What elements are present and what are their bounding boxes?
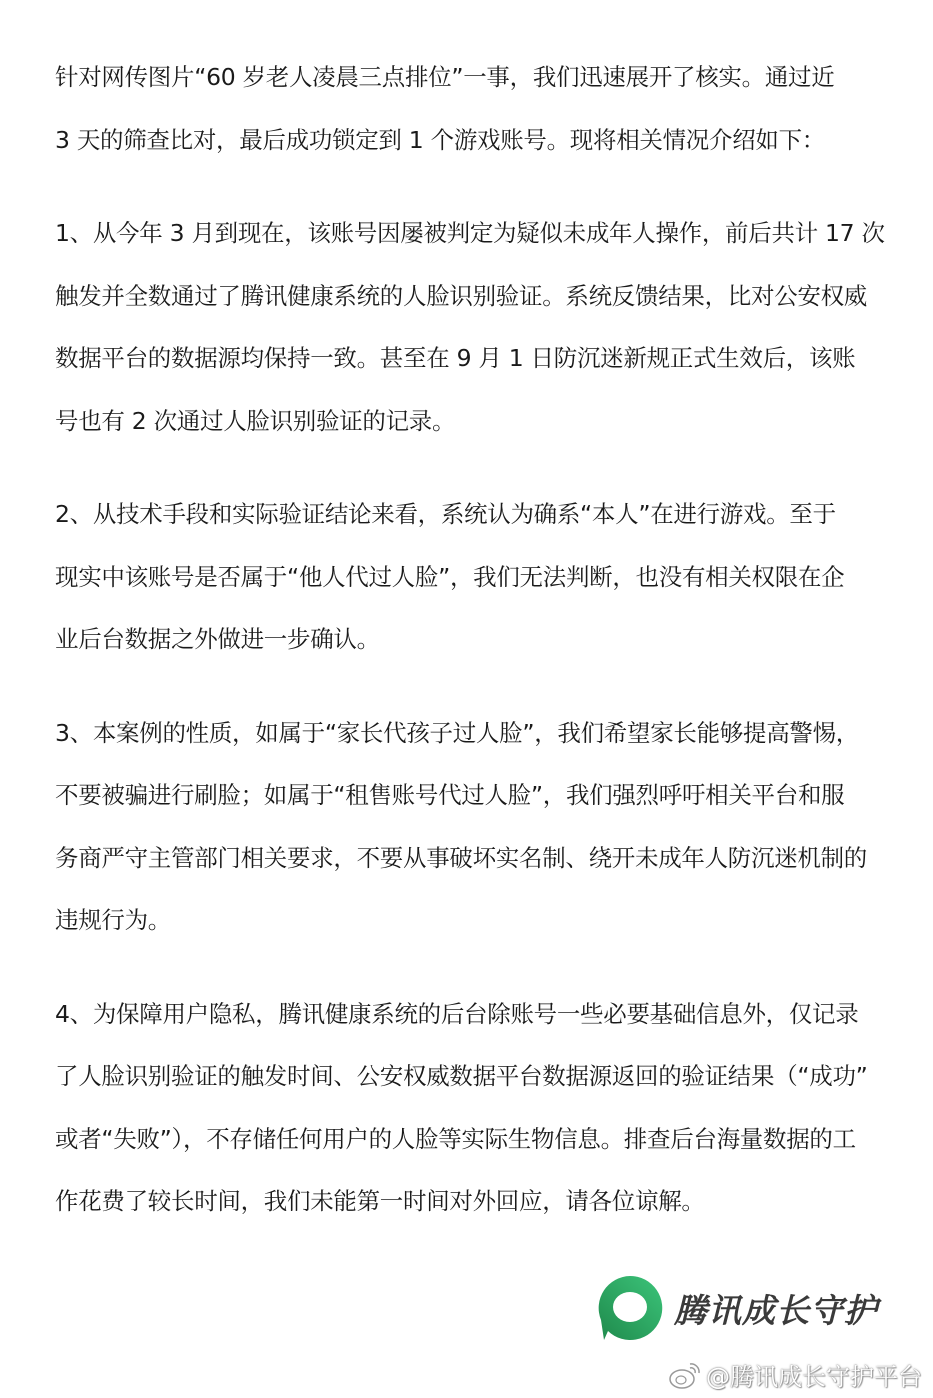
paragraph-intro: 针对网传图片“60 岁老人凌晨三点排位”一事，我们迅速展开了核实。通过近 3 天…	[55, 46, 887, 171]
text-line: 触发并全数通过了腾讯健康系统的人脸识别验证。系统反馈结果，比对公安权威	[55, 265, 887, 328]
text-line: 2、从技术手段和实际验证结论来看，系统认为确系“本人”在进行游戏。至于	[55, 483, 887, 546]
text-line: 3、本案例的性质，如属于“家长代孩子过人脸”，我们希望家长能够提高警惕，	[55, 702, 887, 765]
speech-bubble-ring-icon	[596, 1274, 664, 1342]
paragraph-point-2: 2、从技术手段和实际验证结论来看，系统认为确系“本人”在进行游戏。至于 现实中该…	[55, 483, 887, 671]
paragraph-point-3: 3、本案例的性质，如属于“家长代孩子过人脸”，我们希望家长能够提高警惕， 不要被…	[55, 702, 887, 952]
text-line: 不要被骗进行刷脸；如属于“租售账号代过人脸”，我们强烈呼吁相关平台和服	[55, 764, 887, 827]
brand-logo: 腾讯成长守护	[596, 1274, 878, 1342]
text-line: 作花费了较长时间，我们未能第一时间对外回应，请各位谅解。	[55, 1170, 887, 1233]
text-line: 业后台数据之外做进一步确认。	[55, 608, 887, 671]
weibo-watermark: @腾讯成长守护平台	[668, 1357, 922, 1392]
text-line: 务商严守主管部门相关要求，不要从事破坏实名制、绕开未成年人防沉迷机制的	[55, 827, 887, 890]
text-line: 现实中该账号是否属于“他人代过人脸”，我们无法判断，也没有相关权限在企	[55, 546, 887, 609]
paragraph-point-4: 4、为保障用户隐私，腾讯健康系统的后台除账号一些必要基础信息外，仅记录 了人脸识…	[55, 983, 887, 1233]
brand-name: 腾讯成长守护	[674, 1285, 878, 1332]
text-line: 号也有 2 次通过人脸识别验证的记录。	[55, 390, 887, 453]
paragraph-point-1: 1、从今年 3 月到现在，该账号因屡被判定为疑似未成年人操作，前后共计 17 次…	[55, 202, 887, 452]
weibo-icon	[668, 1360, 702, 1390]
text-line: 3 天的筛查比对，最后成功锁定到 1 个游戏账号。现将相关情况介绍如下：	[55, 109, 887, 172]
text-line: 数据平台的数据源均保持一致。甚至在 9 月 1 日防沉迷新规正式生效后，该账	[55, 327, 887, 390]
text-line: 违规行为。	[55, 889, 887, 952]
text-line: 4、为保障用户隐私，腾讯健康系统的后台除账号一些必要基础信息外，仅记录	[55, 983, 887, 1046]
watermark-text: @腾讯成长守护平台	[706, 1357, 922, 1392]
text-line: 了人脸识别验证的触发时间、公安权威数据平台数据源返回的验证结果（“成功”	[55, 1045, 887, 1108]
text-line: 或者“失败”），不存储任何用户的人脸等实际生物信息。排查后台海量数据的工	[55, 1108, 887, 1171]
announcement-document: 针对网传图片“60 岁老人凌晨三点排位”一事，我们迅速展开了核实。通过近 3 天…	[55, 46, 887, 1233]
text-line: 1、从今年 3 月到现在，该账号因屡被判定为疑似未成年人操作，前后共计 17 次	[55, 202, 887, 265]
text-line: 针对网传图片“60 岁老人凌晨三点排位”一事，我们迅速展开了核实。通过近	[55, 46, 887, 109]
